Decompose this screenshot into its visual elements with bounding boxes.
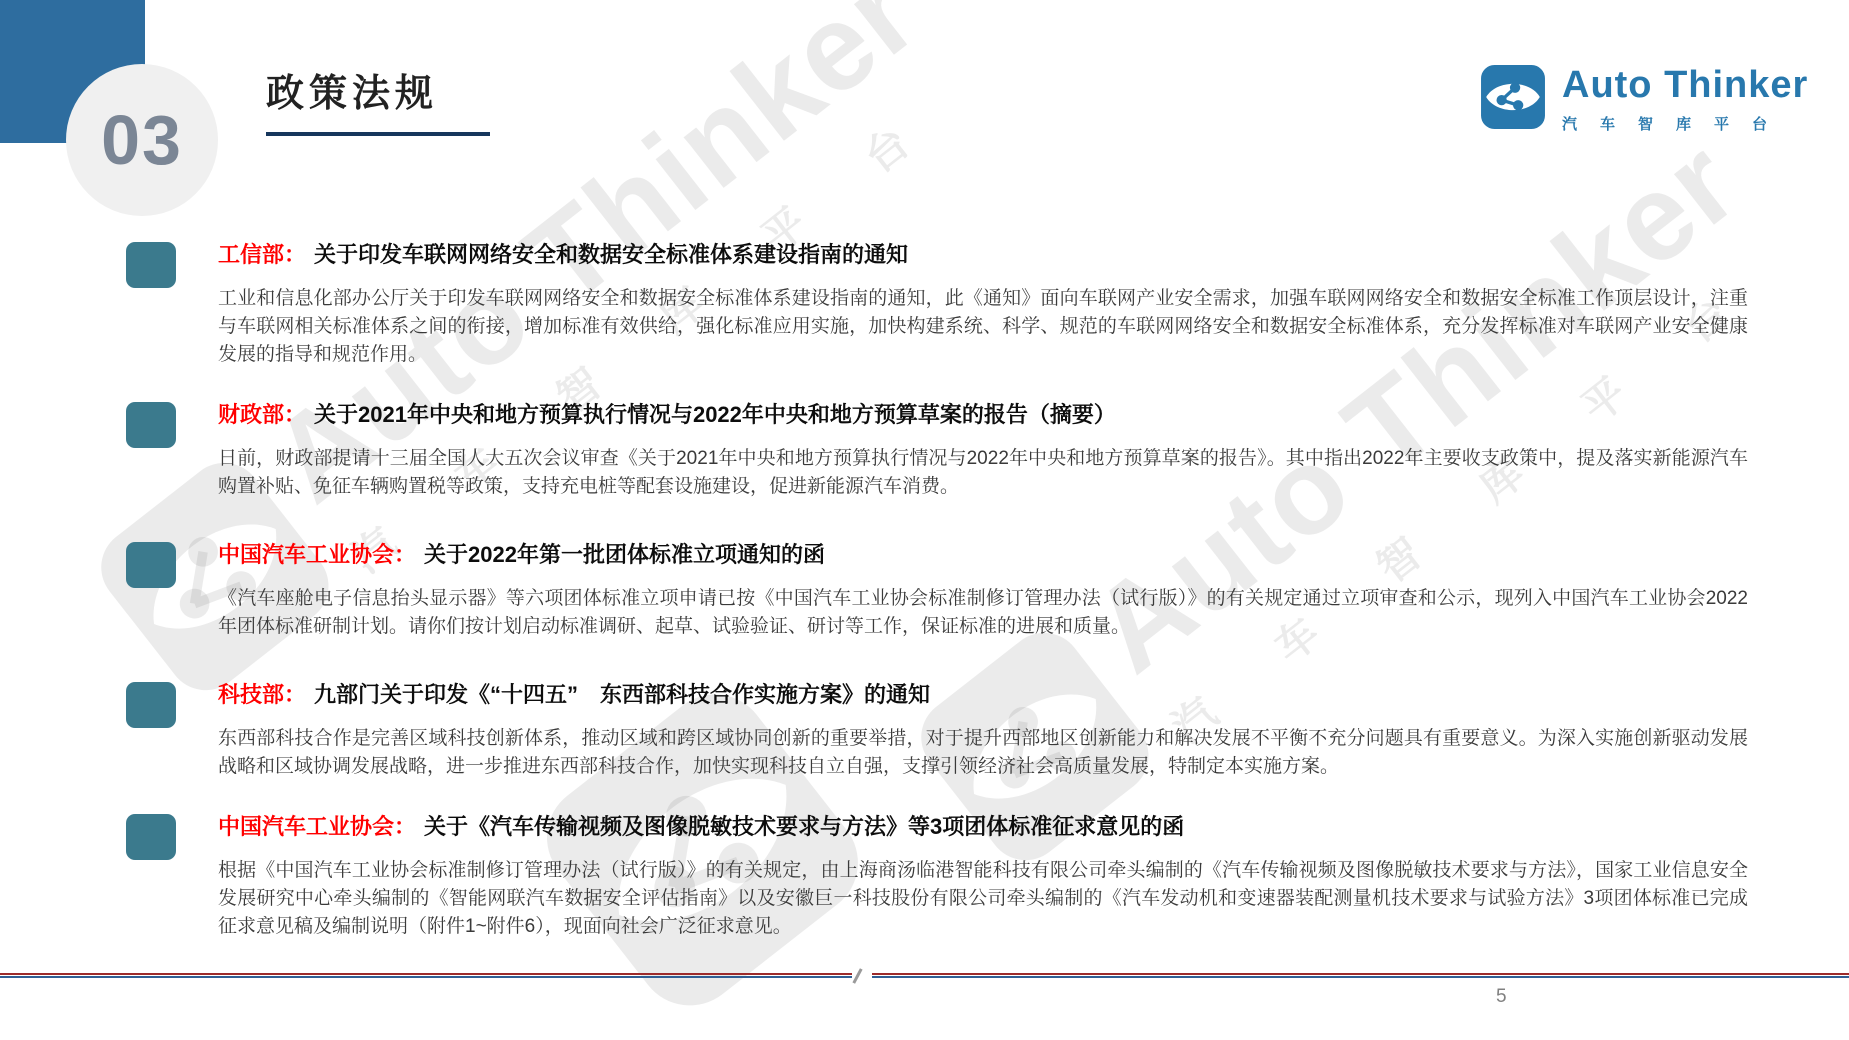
page-number: 5	[1496, 986, 1507, 1008]
policy-headline: 中国汽车工业协会：关于《汽车传输视频及图像脱敏技术要求与方法》等3项团体标准征求…	[218, 812, 1748, 845]
bullet-square-icon	[126, 814, 176, 860]
policy-summary: 《汽车座舱电子信息抬头显示器》等六项团体标准立项申请已按《中国汽车工业协会标准制…	[218, 585, 1748, 641]
policy-item-miit: 工信部：关于印发车联网网络安全和数据安全标准体系建设指南的通知 工业和信息化部办…	[126, 240, 1750, 369]
policy-source: 财政部：	[218, 402, 306, 427]
bullet-square-icon	[126, 542, 176, 588]
policy-summary: 东西部科技合作是完善区域科技创新体系，推动区域和跨区域协同创新的重要举措，对于提…	[218, 725, 1748, 781]
policy-source: 中国汽车工业协会：	[218, 814, 416, 839]
section-number-badge: 03	[66, 64, 218, 216]
logo-subtitle: 汽车智库平台	[1562, 113, 1808, 134]
policy-item-caam-2: 中国汽车工业协会：关于《汽车传输视频及图像脱敏技术要求与方法》等3项团体标准征求…	[126, 812, 1750, 941]
policy-title: 关于2021年中央和地方预算执行情况与2022年中央和地方预算草案的报告（摘要）	[314, 402, 1116, 427]
policy-title: 关于《汽车传输视频及图像脱敏技术要求与方法》等3项团体标准征求意见的函	[424, 814, 1184, 839]
policy-summary: 工业和信息化部办公厅关于印发车联网网络安全和数据安全标准体系建设指南的通知，此《…	[218, 285, 1748, 369]
eye-logo-icon	[1480, 64, 1546, 135]
footer-divider-left	[0, 973, 852, 978]
policy-summary: 日前，财政部提请十三届全国人大五次会议审查《关于2021年中央和地方预算执行情况…	[218, 445, 1748, 501]
policy-item-most: 科技部：九部门关于印发《“十四五” 东西部科技合作实施方案》的通知 东西部科技合…	[126, 680, 1750, 781]
logo-name: Auto Thinker	[1562, 66, 1808, 104]
policy-summary: 根据《中国汽车工业协会标准制修订管理办法（试行版）》的有关规定，由上海商汤临港智…	[218, 857, 1748, 941]
bullet-square-icon	[126, 242, 176, 288]
title-underline	[266, 132, 490, 136]
footer-divider-slash	[852, 968, 862, 984]
policy-headline: 财政部：关于2021年中央和地方预算执行情况与2022年中央和地方预算草案的报告…	[218, 400, 1748, 433]
policy-headline: 工信部：关于印发车联网网络安全和数据安全标准体系建设指南的通知	[218, 240, 1748, 273]
slide-page: { "page": { "section_number": "03", "tit…	[0, 0, 1849, 1040]
page-title-block: 政策法规	[266, 72, 490, 136]
footer-divider-right	[872, 973, 1849, 978]
policy-item-caam-1: 中国汽车工业协会：关于2022年第一批团体标准立项通知的函 《汽车座舱电子信息抬…	[126, 540, 1750, 641]
policy-headline: 科技部：九部门关于印发《“十四五” 东西部科技合作实施方案》的通知	[218, 680, 1748, 713]
policy-source: 工信部：	[218, 242, 306, 267]
policy-item-mof: 财政部：关于2021年中央和地方预算执行情况与2022年中央和地方预算草案的报告…	[126, 400, 1750, 501]
policy-source: 中国汽车工业协会：	[218, 542, 416, 567]
policy-headline: 中国汽车工业协会：关于2022年第一批团体标准立项通知的函	[218, 540, 1748, 573]
auto-thinker-logo: Auto Thinker 汽车智库平台	[1480, 64, 1808, 135]
policy-source: 科技部：	[218, 682, 306, 707]
policy-title: 九部门关于印发《“十四五” 东西部科技合作实施方案》的通知	[314, 682, 930, 707]
bullet-square-icon	[126, 402, 176, 448]
bullet-square-icon	[126, 682, 176, 728]
policy-title: 关于2022年第一批团体标准立项通知的函	[424, 542, 825, 567]
page-title: 政策法规	[266, 72, 490, 118]
section-number: 03	[101, 100, 183, 180]
policy-title: 关于印发车联网网络安全和数据安全标准体系建设指南的通知	[314, 242, 908, 267]
